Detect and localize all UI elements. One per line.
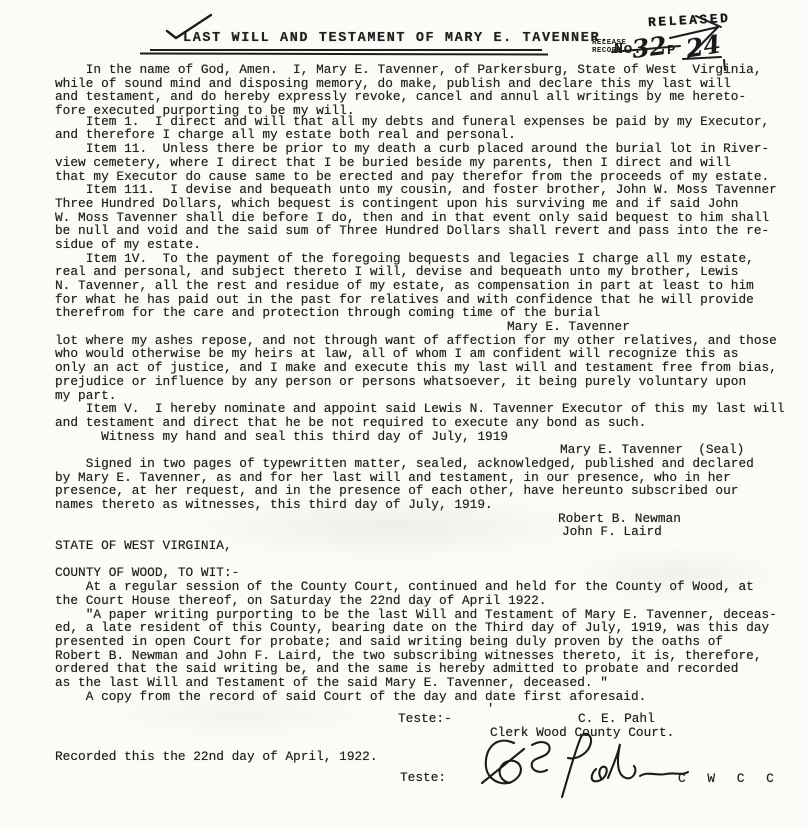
teste-label: Teste:-: [398, 712, 452, 726]
signature-robert-newman: Robert B. Newman: [558, 512, 808, 526]
document-line: Item 1. I direct and will that all my de…: [55, 115, 808, 129]
document-line: At a regular session of the County Court…: [55, 580, 808, 594]
document-line: lot where my ashes repose, and not throu…: [55, 334, 808, 348]
document-line: In the name of God, Amen. I, Mary E. Tav…: [55, 63, 808, 77]
document-line: A copy from the record of said Court of …: [55, 690, 808, 704]
clerk-signature-script-icon: [480, 731, 690, 806]
document-line: "A paper writing purporting to be the la…: [55, 608, 808, 622]
document-line: and testament, and do hereby expressly r…: [55, 90, 808, 104]
clerk-name: C. E. Pahl: [578, 712, 655, 726]
state-heading: STATE OF WEST VIRGINIA,: [55, 539, 808, 553]
teste-label-second: Teste:: [400, 771, 446, 785]
document-line: presence, at her request, and in the pre…: [55, 484, 808, 498]
scanned-will-document: LAST WILL AND TESTAMENT OF MARY E. TAVEN…: [0, 0, 808, 827]
document-line: my part.: [55, 389, 808, 403]
document-line: ordered that the said writing be, and th…: [55, 662, 808, 676]
document-line: N. Tavenner, all the rest and residue of…: [55, 279, 808, 293]
document-line: Robert B. Newman and John F. Laird, the …: [55, 649, 808, 663]
document-line: only an act of justice, and I make and e…: [55, 361, 808, 375]
document-line: view cemetery, where I direct that I be …: [55, 156, 808, 170]
stray-pen-tick: ': [487, 703, 494, 717]
document-line: [55, 553, 808, 567]
signature-mary-tavenner-seal: Mary E. Tavenner (Seal): [560, 443, 808, 457]
document-line: ed, a late resident of this County, bear…: [55, 621, 808, 635]
document-title: LAST WILL AND TESTAMENT OF MARY E. TAVEN…: [183, 31, 610, 46]
document-line: while of sound mind and disposing memory…: [55, 77, 808, 91]
document-line: as the last Will and Testament of the sa…: [55, 676, 808, 690]
document-line: Item 11. Unless there be prior to my dea…: [55, 142, 808, 156]
signature-mary-tavenner-interlined: Mary E. Tavenner: [507, 320, 808, 334]
document-line: W. Moss Tavenner shall die before I do, …: [55, 211, 808, 225]
document-line: who would otherwise be my heirs at law, …: [55, 347, 808, 361]
typed-body: In the name of God, Amen. I, Mary E. Tav…: [0, 63, 808, 703]
document-line: by Mary E. Tavenner, as and for her last…: [55, 471, 808, 485]
document-line: and therefore I charge all my estate bot…: [55, 128, 808, 142]
document-line: presented in open Court for probate; and…: [55, 635, 808, 649]
title-underline: [150, 49, 542, 51]
document-line: Item 111. I devise and bequeath unto my …: [55, 183, 808, 197]
document-line: Item V. I hereby nominate and appoint sa…: [55, 402, 808, 416]
county-heading: COUNTY OF WOOD, TO WIT:-: [55, 566, 808, 580]
document-line: therefrom for the care and protection th…: [55, 306, 808, 320]
document-line: prejudice or influence by any person or …: [55, 375, 808, 389]
clerk-initials: C W C C: [678, 772, 781, 786]
document-line: and testament and direct that he be not …: [55, 416, 808, 430]
document-line: sidue of my estate.: [55, 238, 808, 252]
document-line: Signed in two pages of typewritten matte…: [55, 457, 808, 471]
document-line: names thereto as witnesses, this third d…: [55, 498, 808, 512]
document-line: for what he has paid out in the past for…: [55, 293, 808, 307]
document-line: Witness my hand and seal this third day …: [55, 430, 808, 444]
title-underline-second: [140, 52, 548, 55]
document-line: that my Executor do cause same to be ere…: [55, 170, 808, 184]
signature-john-laird: John F. Laird: [562, 525, 808, 539]
document-line: real and personal, and subject thereto I…: [55, 265, 808, 279]
recorded-line: Recorded this the 22nd day of April, 192…: [55, 750, 378, 764]
document-line: Item 1V. To the payment of the foregoing…: [55, 252, 808, 266]
document-line: the Court House thereof, on Saturday the…: [55, 594, 808, 608]
document-line: be null and void and the said sum of Thr…: [55, 224, 808, 238]
document-line: Three Hundred Dollars, which bequest is …: [55, 197, 808, 211]
